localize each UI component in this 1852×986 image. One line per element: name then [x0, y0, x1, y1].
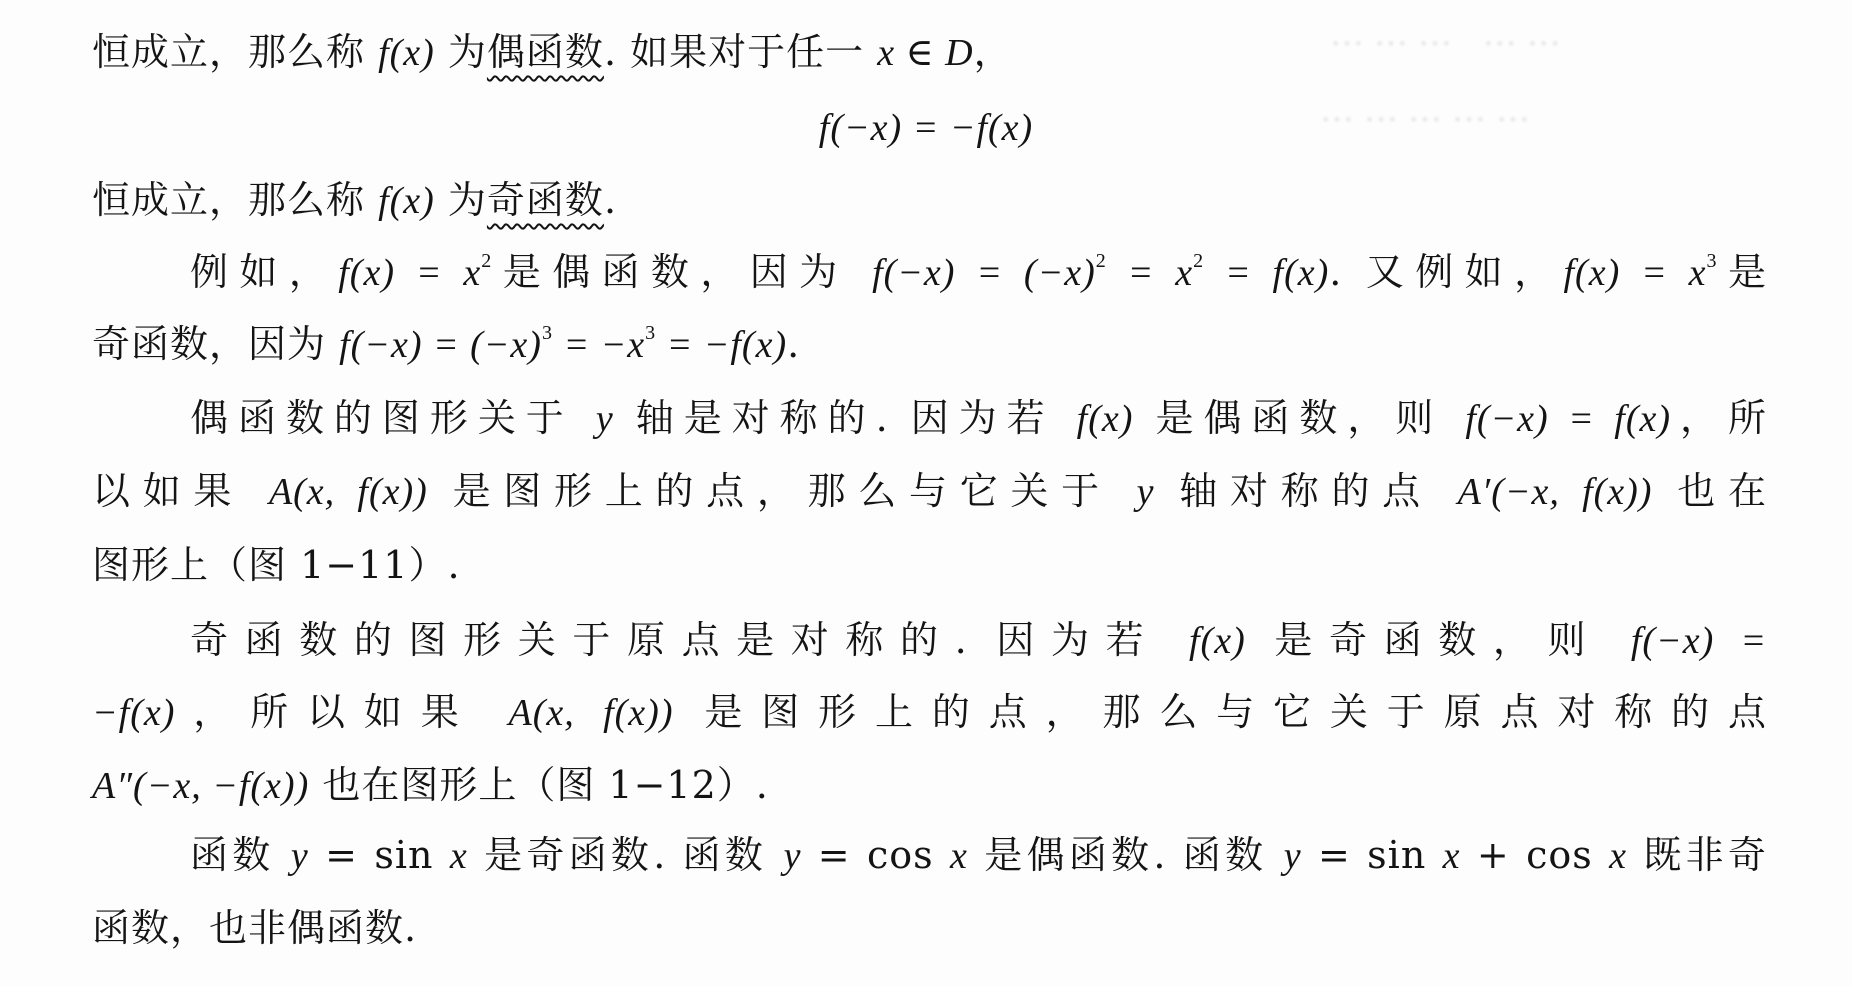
- math: y: [596, 398, 614, 440]
- text: 既非奇: [1627, 833, 1767, 877]
- text-line-odd-definition: 恒成立，那么称 f(x) 为奇函数.: [92, 170, 1767, 230]
- math: x: [450, 835, 468, 877]
- text: 为: [435, 30, 487, 74]
- math: f(−x) = (−x)2 = x2 = f(x): [872, 252, 1329, 294]
- term-even-function: 偶函数: [487, 30, 604, 74]
- text: 是奇函数. 函数: [468, 833, 784, 877]
- math-x-in-D: x ∈ D: [877, 32, 973, 74]
- text: 以如果: [92, 469, 269, 513]
- paragraph-example-line-1: 例如，f(x) = x2是偶函数，因为 f(−x) = (−x)2 = x2 =…: [190, 242, 1767, 302]
- text: 轴是对称的. 因为若: [614, 396, 1077, 440]
- paragraph-trig-line-2: 函数，也非偶函数.: [92, 898, 1767, 958]
- math: A″(−x, −f(x)): [92, 765, 309, 807]
- text: 是图形上的点，那么与它关于原点对称的点: [673, 690, 1767, 734]
- text-line-even-definition: 恒成立，那么称 f(x) 为偶函数. 如果对于任一 x ∈ D，: [92, 22, 1767, 82]
- text: 恒成立，那么称: [92, 178, 378, 222]
- text: 是偶函数，因为: [492, 250, 872, 294]
- math: f(−x) =: [1631, 620, 1767, 662]
- paragraph-even-graph-line-2: 以如果 A(x, f(x)) 是图形上的点，那么与它关于 y 轴对称的点 A′(…: [92, 461, 1767, 521]
- math-op: = sin: [309, 833, 450, 877]
- paragraph-odd-graph-line-1: 奇函数的图形关于原点是对称的. 因为若 f(x) 是奇函数，则 f(−x) =: [190, 610, 1767, 670]
- paragraph-even-graph-line-3: 图形上（图 1−11）.: [92, 535, 1767, 595]
- math: y: [291, 835, 309, 877]
- math-odd-condition: f(−x) = −f(x): [819, 107, 1033, 149]
- math: A(x, f(x)): [269, 471, 428, 513]
- math: y: [1137, 471, 1155, 513]
- math: x: [1609, 835, 1627, 877]
- figure-reference: 图形上（图 1−11）.: [92, 543, 461, 587]
- text: ，: [974, 30, 1013, 74]
- math: A(x, f(x)): [509, 692, 674, 734]
- figure-reference: 也在图形上（图 1−12）.: [309, 763, 769, 807]
- textbook-page: ……… …… …………… 恒成立，那么称 f(x) 为偶函数. 如果对于任一 x…: [0, 0, 1852, 986]
- text: 是图形上的点，那么与它关于: [428, 469, 1137, 513]
- paragraph-example-line-2: 奇函数，因为 f(−x) = (−x)3 = −x3 = −f(x).: [92, 314, 1767, 374]
- math: f(x): [1077, 398, 1134, 440]
- paragraph-odd-graph-line-2: −f(x)，所以如果 A(x, f(x)) 是图形上的点，那么与它关于原点对称的…: [92, 682, 1767, 742]
- text: 偶函数的图形关于: [190, 396, 596, 440]
- math: −f(x): [92, 692, 175, 734]
- text: 例如，: [190, 250, 338, 294]
- text: ，所: [1671, 396, 1767, 440]
- term-odd-function: 奇函数: [487, 178, 604, 222]
- display-formula: f(−x) = −f(x): [0, 97, 1852, 157]
- math: y: [1284, 835, 1302, 877]
- text: 轴对称的点: [1155, 469, 1458, 513]
- text: 是偶函数，则: [1133, 396, 1465, 440]
- text: 也在: [1652, 469, 1767, 513]
- text: 为: [435, 178, 487, 222]
- text: . 又例如，: [1329, 250, 1563, 294]
- text: .: [787, 322, 800, 366]
- math-op: = sin: [1302, 833, 1443, 877]
- paragraph-odd-graph-line-3: A″(−x, −f(x)) 也在图形上（图 1−12）.: [92, 755, 1767, 815]
- math: x: [1443, 835, 1461, 877]
- paragraph-even-graph-line-1: 偶函数的图形关于 y 轴是对称的. 因为若 f(x) 是偶函数，则 f(−x) …: [190, 388, 1767, 448]
- math-op: + cos: [1461, 833, 1610, 877]
- text: .: [604, 178, 617, 222]
- text: ，所以如果: [175, 690, 508, 734]
- math: x: [950, 835, 968, 877]
- text: 恒成立，那么称: [92, 30, 378, 74]
- math: A′(−x, f(x)): [1458, 471, 1653, 513]
- math-fx: f(x): [378, 32, 435, 74]
- text: 奇函数的图形关于原点是对称的. 因为若: [190, 618, 1189, 662]
- math: y: [784, 835, 802, 877]
- text: . 如果对于任一: [604, 30, 877, 74]
- text: 函数: [190, 833, 291, 877]
- text: 是奇函数，则: [1246, 618, 1631, 662]
- math: f(x): [1189, 620, 1246, 662]
- text: 函数，也非偶函数.: [92, 906, 417, 950]
- text: 是偶函数. 函数: [968, 833, 1284, 877]
- paragraph-trig-line-1: 函数 y = sin x 是奇函数. 函数 y = cos x 是偶函数. 函数…: [190, 825, 1767, 885]
- math: f(−x) = (−x)3 = −x3 = −f(x): [339, 324, 787, 366]
- math: f(−x) = f(x): [1465, 398, 1671, 440]
- math-op: = cos: [801, 833, 950, 877]
- math-fx: f(x): [378, 180, 435, 222]
- math: f(x) = x2: [338, 252, 492, 294]
- text: 是: [1718, 250, 1767, 294]
- text: 奇函数，因为: [92, 322, 339, 366]
- math: f(x) = x3: [1563, 252, 1717, 294]
